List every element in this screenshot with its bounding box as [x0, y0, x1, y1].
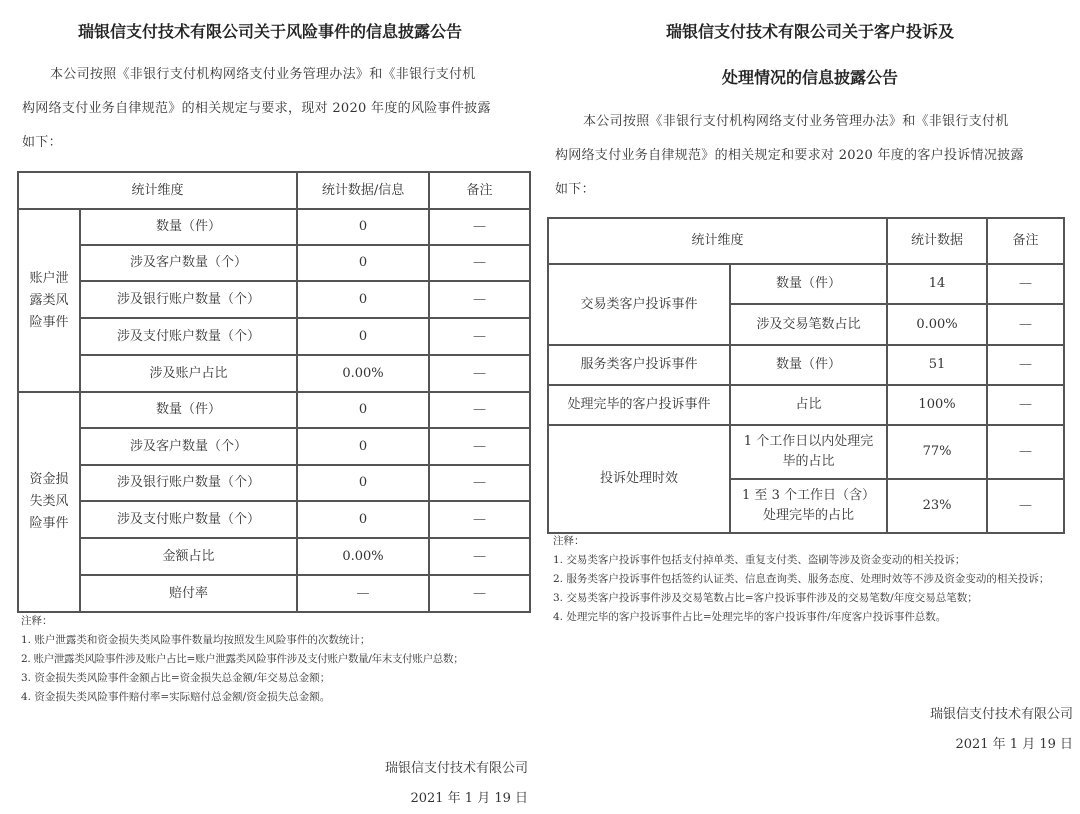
- row-note: —: [429, 355, 530, 392]
- row-note: —: [987, 425, 1064, 479]
- row-item: 赔付率: [80, 575, 297, 612]
- note-item: 1. 交易类客户投诉事件包括支付掉单类、重复支付类、盗刷等涉及资金变动的相关投诉…: [553, 551, 1078, 570]
- table-header-row: 统计维度 统计数据/信息 备注: [18, 172, 530, 209]
- row-item: 数量（件）: [730, 264, 887, 304]
- table-row: 涉及支付账户数量（个） 0 —: [18, 501, 530, 538]
- row-note: —: [429, 281, 530, 318]
- group-label-fund-loss: 资金损 失类风 险事件: [18, 392, 80, 612]
- header-data: 统计数据/信息: [297, 172, 429, 209]
- row-note: —: [429, 465, 530, 501]
- row-value: 0: [297, 245, 429, 281]
- table-row: 涉及客户数量（个） 0 —: [18, 245, 530, 281]
- note-item: 4. 资金损失类风险事件赔付率=实际赔付总金额/资金损失总金额。: [21, 688, 541, 707]
- row-category: 处理完毕的客户投诉事件: [548, 385, 730, 425]
- row-item: 1 个工作日以内处理完 毕的占比: [730, 425, 887, 479]
- row-item: 涉及支付账户数量（个）: [80, 318, 297, 355]
- intro-paragraph: 本公司按照《非银行支付机构网络支付业务管理办法》和《非银行支付机 构网络支付业务…: [555, 105, 1070, 207]
- row-value: 0: [297, 501, 429, 538]
- row-item: 金额占比: [80, 538, 297, 575]
- row-note: —: [429, 245, 530, 281]
- notice-title-line-2: 处理情况的信息披露公告: [540, 66, 1080, 90]
- row-value: 0: [297, 392, 429, 428]
- header-note: 备注: [429, 172, 530, 209]
- table-row: 账户泄 露类风 险事件 数量（件） 0 —: [18, 209, 530, 245]
- notes-section: 注释： 1. 账户泄露类和资金损失类风险事件数量均按照发生风险事件的次数统计； …: [21, 612, 541, 707]
- note-item: 3. 资金损失类风险事件金额占比=资金损失总金额/年交易总金额；: [21, 669, 541, 688]
- signature-company: 瑞银信支付技术有限公司: [385, 754, 528, 784]
- row-note: —: [429, 209, 530, 245]
- row-item: 涉及银行账户数量（个）: [80, 281, 297, 318]
- row-category: 投诉处理时效: [548, 425, 730, 533]
- note-item: 1. 账户泄露类和资金损失类风险事件数量均按照发生风险事件的次数统计；: [21, 631, 541, 650]
- row-category: 交易类客户投诉事件: [548, 264, 730, 345]
- table-row: 资金损 失类风 险事件 数量（件） 0 —: [18, 392, 530, 428]
- row-value: 0: [297, 465, 429, 501]
- row-item: 涉及银行账户数量（个）: [80, 465, 297, 501]
- intro-line-3: 如下：: [555, 173, 1070, 207]
- header-dimension: 统计维度: [18, 172, 297, 209]
- signature-block: 瑞银信支付技术有限公司 2021 年 1 月 19 日: [930, 700, 1073, 760]
- risk-event-table: 统计维度 统计数据/信息 备注 账户泄 露类风 险事件 数量（件） 0 — 涉及…: [17, 171, 531, 613]
- group-label-account-leak: 账户泄 露类风 险事件: [18, 209, 80, 392]
- table-row: 处理完毕的客户投诉事件 占比 100% —: [548, 385, 1064, 425]
- notes-section: 注释： 1. 交易类客户投诉事件包括支付掉单类、重复支付类、盗刷等涉及资金变动的…: [553, 532, 1078, 627]
- signature-date: 2021 年 1 月 19 日: [385, 784, 528, 814]
- table-row: 交易类客户投诉事件 数量（件） 14 —: [548, 264, 1064, 304]
- signature-block: 瑞银信支付技术有限公司 2021 年 1 月 19 日: [385, 754, 528, 814]
- row-item: 占比: [730, 385, 887, 425]
- note-item: 2. 账户泄露类风险事件涉及账户占比=账户泄露类风险事件涉及支付账户数量/年末支…: [21, 650, 541, 669]
- note-item: 3. 交易类客户投诉事件涉及交易笔数占比=客户投诉事件涉及的交易笔数/年度交易总…: [553, 589, 1078, 608]
- row-item: 涉及支付账户数量（个）: [80, 501, 297, 538]
- table-row: 赔付率 — —: [18, 575, 530, 612]
- intro-line-2: 构网络支付业务自律规范》的相关规定与要求，现对 2020 年度的风险事件披露: [22, 92, 532, 126]
- row-note: —: [429, 575, 530, 612]
- header-note: 备注: [987, 218, 1064, 264]
- intro-line-3: 如下：: [22, 126, 532, 160]
- row-note: —: [429, 392, 530, 428]
- row-item: 1 至 3 个工作日（含） 处理完毕的占比: [730, 479, 887, 533]
- row-note: —: [987, 304, 1064, 345]
- note-item: 2. 服务类客户投诉事件包括签约认证类、信息查询类、服务态度、处理时效等不涉及资…: [553, 570, 1078, 589]
- table-row: 金额占比 0.00% —: [18, 538, 530, 575]
- row-item: 数量（件）: [730, 345, 887, 385]
- row-item: 数量（件）: [80, 209, 297, 245]
- note-item: 4. 处理完毕的客户投诉事件占比=处理完毕的客户投诉事件/年度客户投诉事件总数。: [553, 608, 1078, 627]
- row-item: 数量（件）: [80, 392, 297, 428]
- row-note: —: [429, 428, 530, 465]
- table-row: 涉及客户数量（个） 0 —: [18, 428, 530, 465]
- row-value: 23%: [887, 479, 987, 533]
- intro-paragraph: 本公司按照《非银行支付机构网络支付业务管理办法》和《非银行支付机 构网络支付业务…: [22, 58, 532, 160]
- row-note: —: [429, 538, 530, 575]
- row-value: 0: [297, 318, 429, 355]
- row-value: 0: [297, 428, 429, 465]
- complaint-table: 统计维度 统计数据 备注 交易类客户投诉事件 数量（件） 14 — 涉及交易笔数…: [547, 217, 1065, 534]
- row-value: 100%: [887, 385, 987, 425]
- row-value: 0: [297, 281, 429, 318]
- row-category: 服务类客户投诉事件: [548, 345, 730, 385]
- intro-line-1: 本公司按照《非银行支付机构网络支付业务管理办法》和《非银行支付机: [555, 105, 1070, 139]
- row-value: 0.00%: [297, 538, 429, 575]
- table-row: 涉及账户占比 0.00% —: [18, 355, 530, 392]
- table-header-row: 统计维度 统计数据 备注: [548, 218, 1064, 264]
- table-row: 服务类客户投诉事件 数量（件） 51 —: [548, 345, 1064, 385]
- row-value: 0.00%: [887, 304, 987, 345]
- row-note: —: [987, 385, 1064, 425]
- intro-line-2: 构网络支付业务自律规范》的相关规定和要求对 2020 年度的客户投诉情况披露: [555, 139, 1070, 173]
- signature-date: 2021 年 1 月 19 日: [930, 730, 1073, 760]
- row-note: —: [987, 479, 1064, 533]
- notice-title: 瑞银信支付技术有限公司关于风险事件的信息披露公告: [0, 20, 540, 44]
- header-dimension: 统计维度: [548, 218, 887, 264]
- row-value: 77%: [887, 425, 987, 479]
- intro-line-1: 本公司按照《非银行支付机构网络支付业务管理办法》和《非银行支付机: [22, 58, 532, 92]
- header-data: 统计数据: [887, 218, 987, 264]
- row-note: —: [987, 264, 1064, 304]
- signature-company: 瑞银信支付技术有限公司: [930, 700, 1073, 730]
- row-item: 涉及账户占比: [80, 355, 297, 392]
- row-note: —: [987, 345, 1064, 385]
- row-item: 涉及交易笔数占比: [730, 304, 887, 345]
- row-note: —: [429, 318, 530, 355]
- row-item: 涉及客户数量（个）: [80, 428, 297, 465]
- row-value: 0.00%: [297, 355, 429, 392]
- table-row: 投诉处理时效 1 个工作日以内处理完 毕的占比 77% —: [548, 425, 1064, 479]
- row-item: 涉及客户数量（个）: [80, 245, 297, 281]
- row-value: 51: [887, 345, 987, 385]
- table-row: 涉及银行账户数量（个） 0 —: [18, 281, 530, 318]
- table-row: 涉及银行账户数量（个） 0 —: [18, 465, 530, 501]
- row-value: 14: [887, 264, 987, 304]
- row-note: —: [429, 501, 530, 538]
- notes-heading: 注释：: [21, 612, 541, 631]
- table-row: 涉及支付账户数量（个） 0 —: [18, 318, 530, 355]
- notice-title-line-1: 瑞银信支付技术有限公司关于客户投诉及: [540, 20, 1080, 44]
- row-value: —: [297, 575, 429, 612]
- row-value: 0: [297, 209, 429, 245]
- notes-heading: 注释：: [553, 532, 1078, 551]
